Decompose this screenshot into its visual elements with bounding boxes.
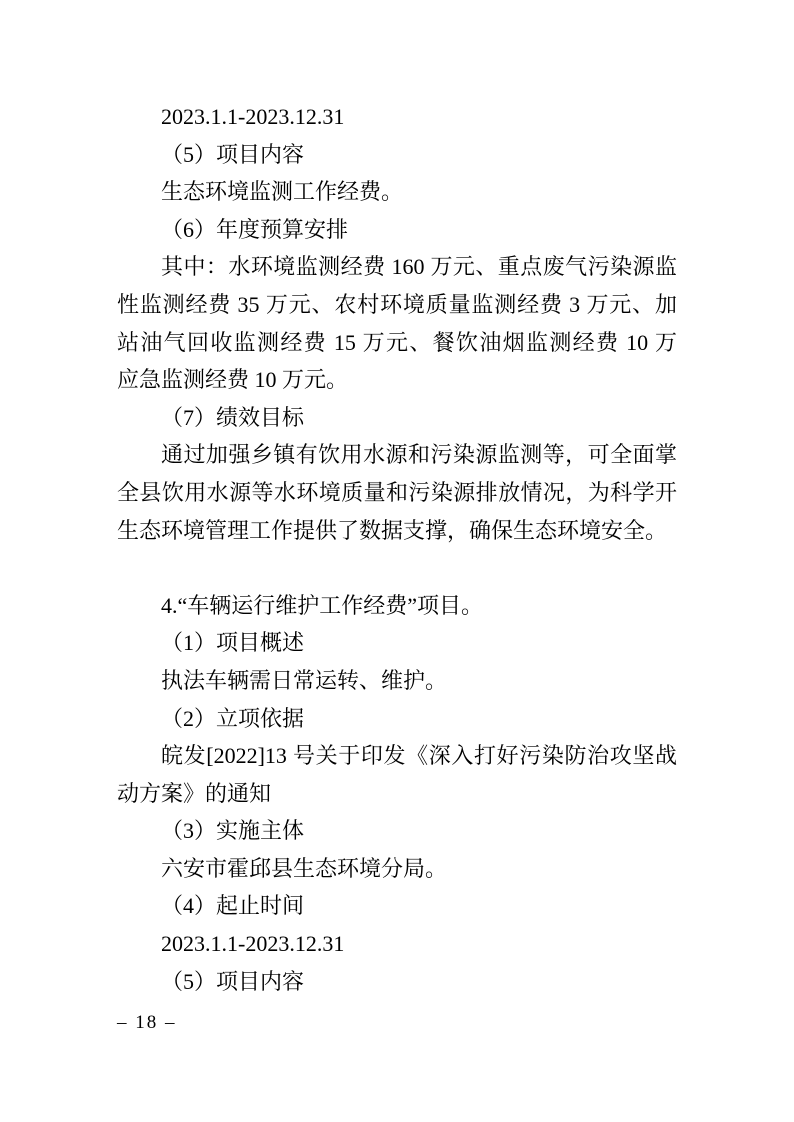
- text-line: 应急监测经费 10 万元。: [117, 361, 677, 399]
- text-line: 动方案》的通知: [117, 775, 677, 813]
- text-line: （2）立项依据: [117, 700, 677, 738]
- text-line: 全县饮用水源等水环境质量和污染源排放情况，为科学开展: [117, 474, 677, 512]
- text-line: （6）年度预算安排: [117, 211, 677, 249]
- text-line: 执法车辆需日常运转、维护。: [117, 662, 677, 700]
- text-line: （4）起止时间: [117, 887, 677, 925]
- text-line: 2023.1.1-2023.12.31: [117, 98, 677, 136]
- text-line: 通过加强乡镇有饮用水源和污染源监测等，可全面掌握: [117, 436, 677, 474]
- text-line: （1）项目概述: [117, 624, 677, 662]
- text-line: 性监测经费 35 万元、农村环境质量监测经费 3 万元、加油: [117, 286, 677, 324]
- text-line: 六安市霍邱县生态环境分局。: [117, 850, 677, 888]
- text-line: （5）项目内容: [117, 136, 677, 174]
- text-line: （7）绩效目标: [117, 399, 677, 437]
- text-line: （5）项目内容: [117, 963, 677, 1001]
- text-line: 生态环境监测工作经费。: [117, 173, 677, 211]
- text-line: 皖发[2022]13 号关于印发《深入打好污染防治攻坚战行: [117, 737, 677, 775]
- text-line: 站油气回收监测经费 15 万元、餐饮油烟监测经费 10 万元、: [117, 324, 677, 362]
- text-line: （3）实施主体: [117, 812, 677, 850]
- text-line: 4.“车辆运行维护工作经费”项目。: [117, 587, 677, 625]
- text-line: 其中：水环境监测经费 160 万元、重点废气污染源监督: [117, 248, 677, 286]
- page-number: – 18 –: [117, 1012, 177, 1034]
- text-line: 生态环境管理工作提供了数据支撑，确保生态环境安全。: [117, 512, 677, 550]
- document-body: 2023.1.1-2023.12.31（5）项目内容生态环境监测工作经费。（6）…: [117, 98, 677, 1000]
- blank-line: [117, 549, 677, 587]
- document-page: 2023.1.1-2023.12.31（5）项目内容生态环境监测工作经费。（6）…: [0, 0, 794, 1122]
- text-line: 2023.1.1-2023.12.31: [117, 925, 677, 963]
